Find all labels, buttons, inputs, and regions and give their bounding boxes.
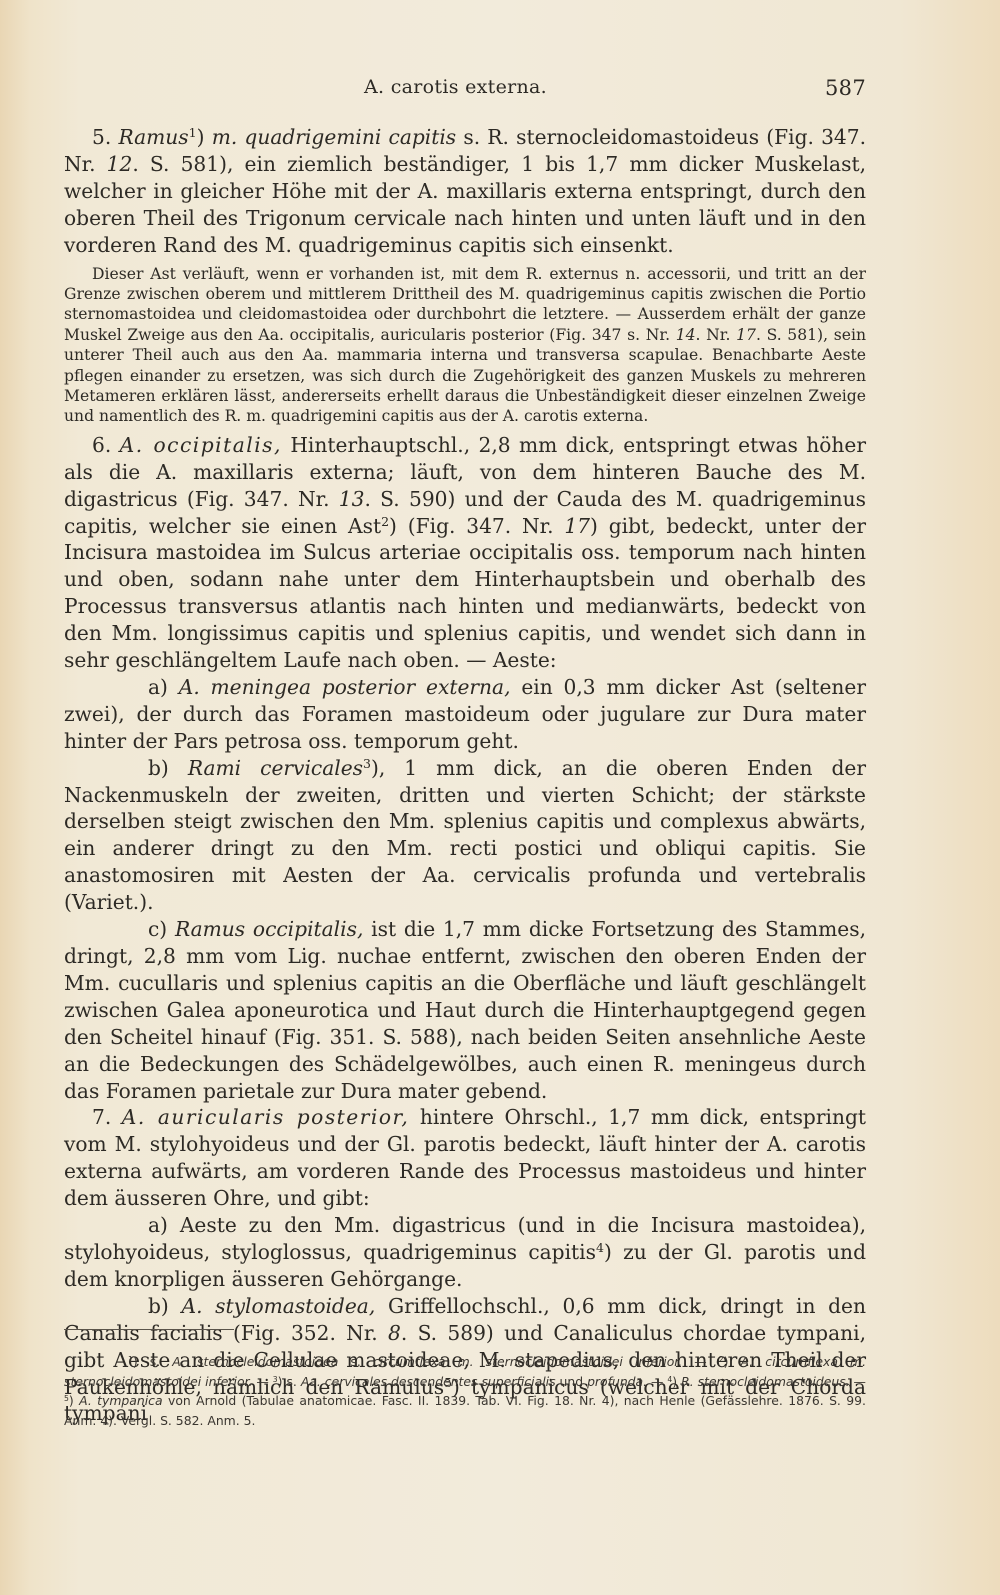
text-span: ) (69, 1393, 79, 1408)
text-span: ) s. (133, 1354, 172, 1369)
text-span: a) (148, 1213, 168, 1237)
running-title: A. carotis externa. (364, 76, 547, 98)
footnote-ref: 2 (381, 514, 389, 529)
section-7-paragraph: 7. A. auricularis posterior, hintere Ohr… (64, 1104, 866, 1212)
text-span: ) (672, 1374, 681, 1389)
running-header: A. carotis externa. 587 (64, 76, 866, 100)
text-span: Aa. cervicales descendentes superficiali… (301, 1374, 556, 1389)
text-span: ) (724, 1354, 741, 1369)
section-5-note: Dieser Ast verläuft, wenn er vorhanden i… (64, 264, 866, 427)
text-span: ) (Fig. 347. Nr. (389, 514, 564, 538)
text-span: profunda. (587, 1374, 647, 1389)
text-span: — (647, 1374, 667, 1389)
main-text: 5. Ramus1) m. quadrigemini capitis s. R.… (64, 124, 866, 1427)
text-span: b) (148, 1294, 169, 1318)
section-6-branch-a: a) A. meningea posterior externa, ein 0,… (64, 674, 866, 755)
term: A. auricularis posterior, (122, 1105, 410, 1129)
text-span: von Arnold (Tabulae anatomicae. Fasc. II… (64, 1393, 866, 1428)
text-span: ) s. (278, 1374, 301, 1389)
text-span: . Nr. (696, 326, 737, 344)
term: Rami cervicales (188, 756, 363, 780)
text-span: A. sternocleidomastoidea (172, 1354, 338, 1369)
text-span: s. (338, 1354, 373, 1369)
footnote-divider (64, 1329, 234, 1330)
term: A. stylomastoidea, (182, 1294, 376, 1318)
text-span: 8 (388, 1321, 401, 1345)
text-span: . S. 581), ein ziemlich beständiger, 1 b… (64, 152, 866, 257)
text-span: ist die 1,7 mm dicke Fortsetzung des Sta… (64, 917, 866, 1102)
footnote-ref: 4 (596, 1240, 604, 1255)
text-span: circumflexa m. sternocleidomastoidei inf… (373, 1354, 682, 1369)
text-span: c) (148, 917, 167, 941)
section-7-branch-a: a) Aeste zu den Mm. digastricus (und in … (64, 1212, 866, 1293)
text-span: R. sternocleidomastoideus. (681, 1374, 849, 1389)
text-span: b) (148, 756, 169, 780)
section-5-paragraph: 5. Ramus1) m. quadrigemini capitis s. R.… (64, 124, 866, 259)
text-span: 13 (339, 487, 365, 511)
footnote-ref: 3 (363, 756, 371, 771)
section-6-branch-c: c) Ramus occipitalis, ist die 1,7 mm dic… (64, 916, 866, 1104)
term: A. occipitalis, (120, 433, 282, 457)
footnote-ref: 1 (189, 125, 197, 140)
section-6-paragraph: 6. A. occipitalis, Hinterhauptschl., 2,8… (64, 432, 866, 674)
text-span: — (252, 1374, 272, 1389)
text-span: und (556, 1374, 588, 1389)
text-span: 17 (564, 514, 590, 538)
section-6-branch-b: b) Rami cervicales3), 1 mm dick, an die … (64, 755, 866, 916)
text-span: a) (148, 675, 168, 699)
text-span: 6. (92, 433, 111, 457)
footnotes: 1) s. A. sternocleidomastoidea s. circum… (64, 1352, 866, 1430)
term: Ramus (118, 125, 188, 149)
term: Ramus occipitalis, (175, 917, 363, 941)
text-span: ), 1 mm dick, an die oberen Enden der Na… (64, 756, 866, 915)
text-span: 12 (107, 152, 133, 176)
text-span: 7. (92, 1105, 111, 1129)
text-span: 5. (92, 125, 111, 149)
text-span: — (850, 1374, 866, 1389)
term: A. meningea posterior externa, (179, 675, 511, 699)
footnote-block: 1) s. A. sternocleidomastoidea s. circum… (64, 1352, 866, 1430)
term: m. quadrigemini capitis (212, 125, 456, 149)
page-number: 587 (825, 76, 866, 100)
text-span: A. tympanica (79, 1393, 162, 1408)
text-span: 17 (736, 326, 756, 344)
text-span: — (682, 1354, 719, 1369)
text-span: 14 (676, 326, 696, 344)
